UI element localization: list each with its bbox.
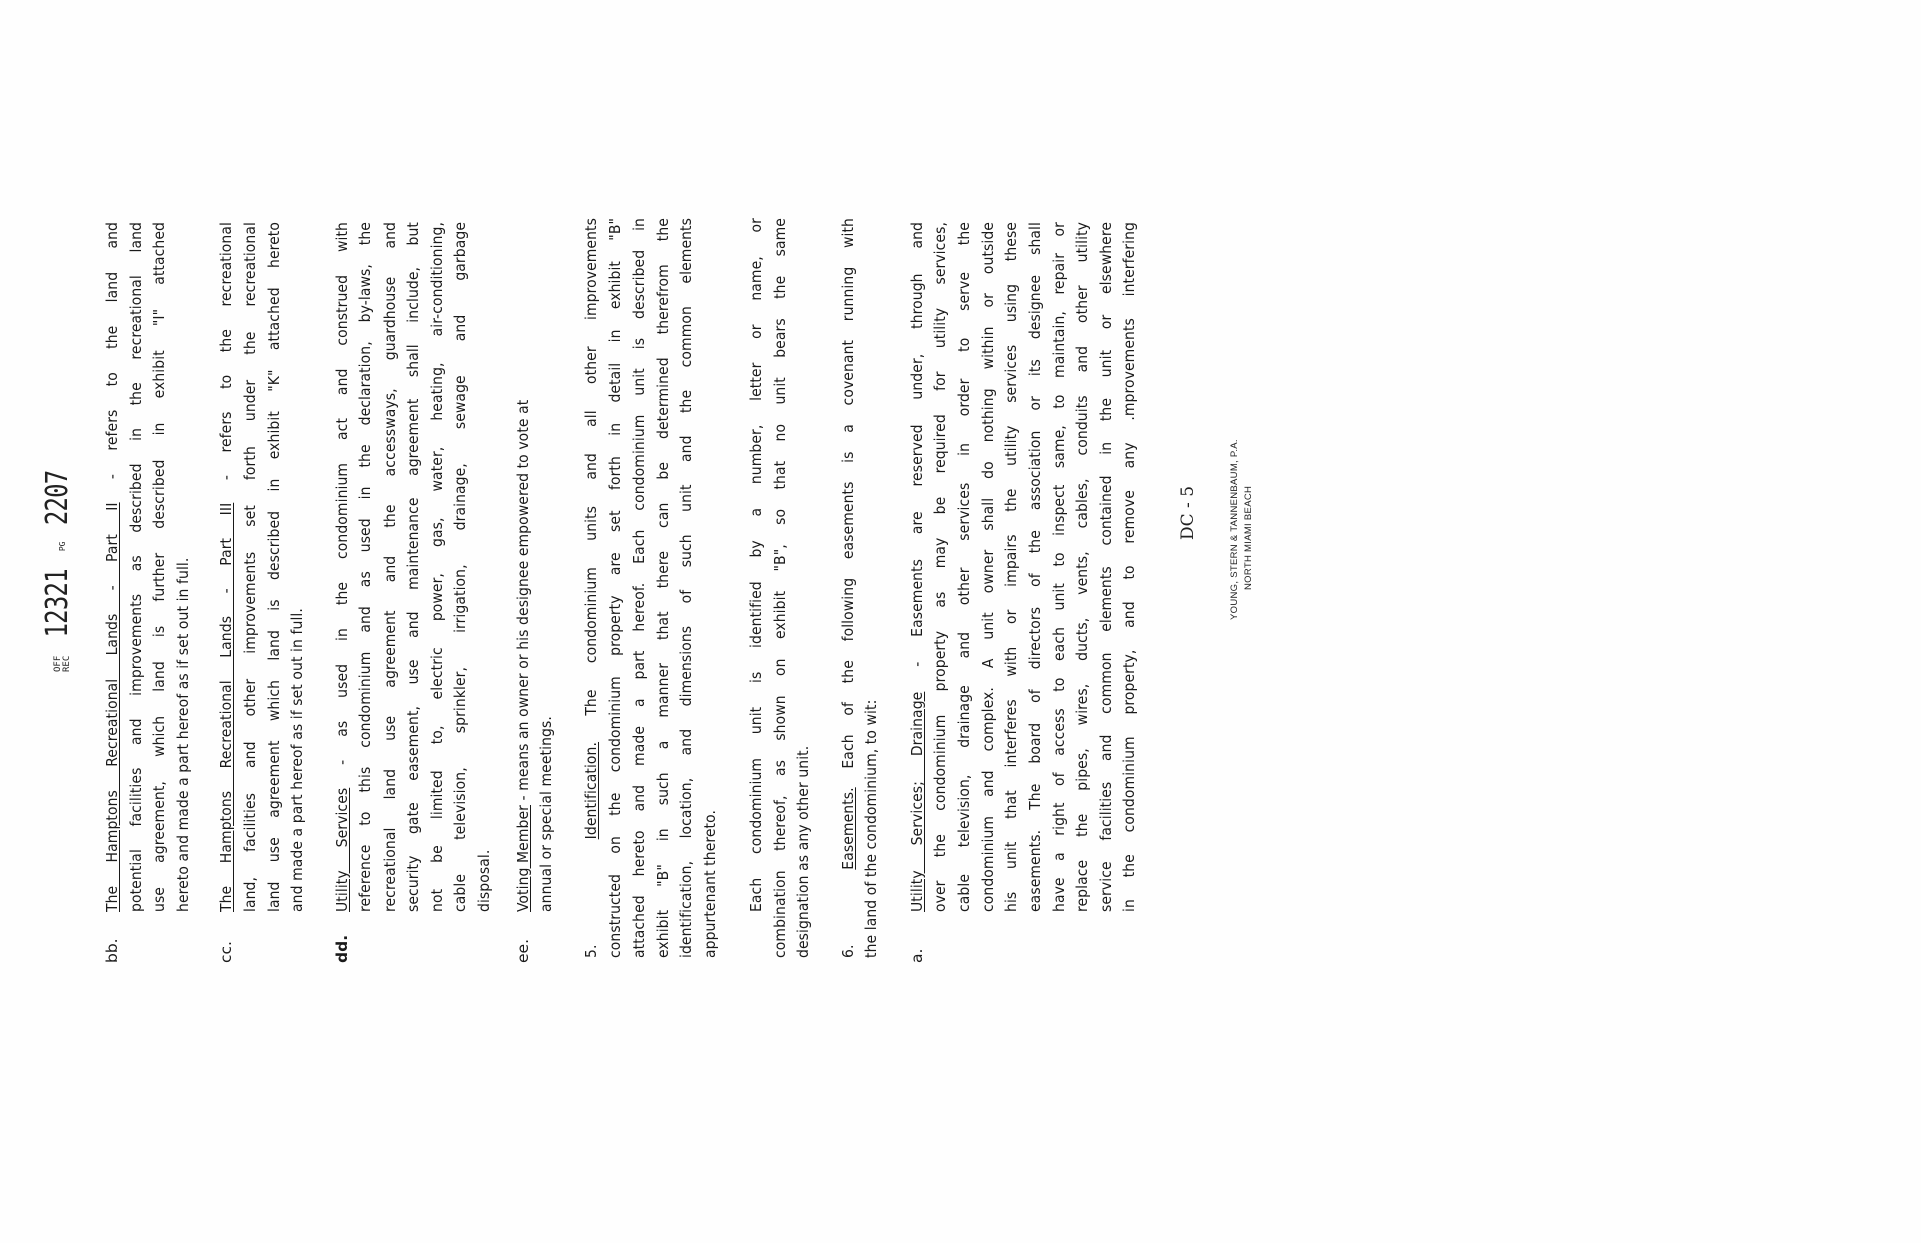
para-dd-line: not be limited to, electric power, gas, … — [428, 222, 446, 912]
para-dd-line: Utility Services - as used in the condom… — [333, 222, 351, 912]
term-bb: The Hamptons Recreational Lands - Part I… — [103, 502, 121, 912]
para-bb-line: use agreement, which land is further des… — [150, 222, 168, 912]
section-label-6: 6. — [839, 945, 857, 959]
para-a-line: service facilities and common elements c… — [1097, 222, 1115, 912]
document-page: OFF REC 12321 PG 2207 bb. The Hamptons R… — [0, 0, 1921, 1243]
book-number: 12321 — [40, 569, 75, 637]
section-label-5: 5. — [582, 945, 600, 959]
para-a-line: easements. The board of directors of the… — [1026, 222, 1044, 912]
section-5-line: constructed on the condominium property … — [606, 218, 624, 958]
para-cc-line: land, facilities and other improvements … — [241, 222, 259, 912]
section-5b-line: designation as any other unit. — [794, 746, 812, 958]
para-dd-line: security gate easement, use and maintena… — [404, 222, 422, 912]
para-dd-line: disposal. — [475, 850, 493, 912]
rec-label: REC — [62, 656, 72, 672]
para-label-ee: ee. — [514, 939, 532, 963]
term-6: Easements. — [839, 787, 857, 869]
section-5b-line: Each condominium unit is identified by a… — [747, 218, 765, 912]
off-rec-label: OFF REC — [54, 656, 72, 672]
para-ee-line: Voting Member - means an owner or his de… — [514, 400, 532, 912]
para-a-line: in the condominium property, and to remo… — [1120, 222, 1138, 912]
para-dd-line: reference to this condominium and as use… — [356, 222, 374, 912]
section-5-line: exhibit "B" in such a manner that there … — [654, 218, 672, 958]
para-cc-line: and made a part hereof as if set out in … — [288, 608, 306, 912]
para-a-line: cable television, drainage and other ser… — [955, 222, 973, 912]
record-stamp: OFF REC 12321 PG 2207 — [40, 464, 75, 672]
term-ee: Voting Member — [514, 805, 532, 912]
para-bb-line: hereto and made a part hereof as if set … — [174, 558, 192, 912]
term-5: Identification. — [582, 742, 600, 839]
section-5-line: identification, location, and dimensions… — [677, 218, 695, 958]
section-5-line: attached hereto and made a part hereof. … — [630, 218, 648, 958]
para-a-line: over the condominium property as may be … — [931, 222, 949, 912]
firm-name: YOUNG, STERN & TANNENBAUM, P.A. — [1228, 439, 1242, 620]
term-a: Utility Services; Drainage — [908, 692, 926, 912]
para-label-bb: bb. — [103, 938, 121, 963]
section-6-line: the land of the condominium, to wit: — [862, 700, 880, 958]
section-5-line: 5. Identification. The condominium units… — [582, 218, 600, 958]
page-footer-number: DC - 5 — [1178, 486, 1198, 540]
pg-label: PG — [58, 542, 67, 552]
term-cc: The Hamptons Recreational Lands - Part I… — [217, 503, 235, 912]
para-bb-line: The Hamptons Recreational Lands - Part I… — [103, 222, 121, 912]
para-label-dd: dd. — [333, 935, 351, 963]
para-cc-line: land use agreement which land is describ… — [265, 222, 283, 912]
para-a-line: replace the pipes, wires, ducts, vents, … — [1073, 222, 1091, 912]
section-6-line: 6. Easements. Each of the following ease… — [839, 218, 857, 958]
term-dd: Utility Services — [333, 788, 351, 912]
para-cc-line: The Hamptons Recreational Lands - Part I… — [217, 222, 235, 912]
section-5b-line: combination thereof, as shown on exhibit… — [771, 218, 789, 958]
page-number-stamp: 2207 — [40, 470, 75, 525]
para-dd-line: cable television, sprinkler, irrigation,… — [451, 222, 469, 912]
para-label-cc: cc. — [217, 941, 235, 963]
para-a-line: have a right of access to each unit to i… — [1050, 222, 1068, 912]
para-a-line: his unit that interferes with or impairs… — [1002, 222, 1020, 912]
para-label-a: a. — [908, 949, 926, 963]
para-dd-line: recreational land use agreement and the … — [381, 222, 399, 912]
firm-city: NORTH MIAMI BEACH — [1242, 486, 1256, 590]
para-a-line: condominium and complex. A unit owner sh… — [979, 222, 997, 912]
section-5-line: appurtenant thereto. — [701, 810, 719, 958]
para-ee-line: annual or special meetings. — [537, 716, 555, 912]
para-a-line: Utility Services; Drainage - Easements a… — [908, 222, 926, 912]
para-bb-line: potential facilities and improvements as… — [127, 222, 145, 912]
